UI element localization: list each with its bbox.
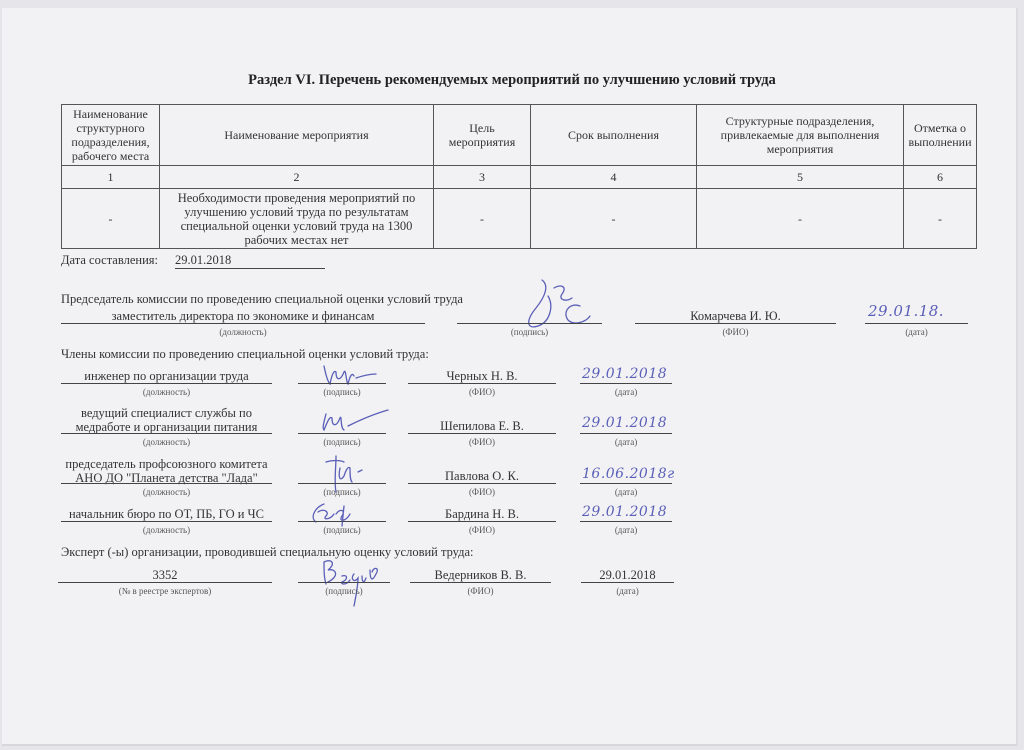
table-header-row: Наименование структурного подразделения,…: [62, 105, 977, 166]
date-caption: (дата): [580, 487, 672, 497]
expert-signature-line: [298, 582, 390, 583]
member-fio: Бардина Н. В.: [408, 507, 556, 521]
member-fio-line: [408, 521, 556, 522]
member-position: ведущий специалист службы по медработе и…: [61, 406, 272, 434]
header-cell: Структурные подразделения, привлекаемые …: [697, 105, 904, 166]
fio-caption: (ФИО): [635, 327, 836, 337]
fio-caption: (ФИО): [408, 437, 556, 447]
member-position: председатель профсоюзного комитета АНО Д…: [61, 457, 272, 485]
member-position: начальник бюро по ОТ, ПБ, ГО и ЧС: [61, 507, 272, 521]
expert-fio-line: [410, 582, 551, 583]
date-caption: (дата): [581, 586, 674, 596]
member-signature-line: [298, 483, 386, 484]
header-cell: Наименование мероприятия: [160, 105, 434, 166]
fio-caption: (ФИО): [408, 487, 556, 497]
chairman-date-line: [865, 323, 968, 324]
position-caption: (должность): [61, 387, 272, 397]
chairman-position: заместитель директора по экономике и фин…: [61, 309, 425, 323]
date-caption: (дата): [580, 387, 672, 397]
member-date-line: [580, 383, 672, 384]
member-signature-line: [298, 521, 386, 522]
compilation-date-value: 29.01.2018: [175, 253, 231, 267]
expert-date: 29.01.2018: [581, 568, 674, 582]
column-number: 2: [160, 166, 434, 189]
member-signature-line: [298, 383, 386, 384]
chairman-fio-line: [635, 323, 836, 324]
chairman-position-line: [61, 323, 425, 324]
member-fio: Павлова О. К.: [408, 469, 556, 483]
signature-caption: (подпись): [298, 437, 386, 447]
signature-caption: (подпись): [298, 525, 386, 535]
chairman-date-handwritten: 29.01.18.: [868, 302, 944, 320]
member-date-line: [580, 433, 672, 434]
table-cell: Необходимости проведения мероприятий по …: [160, 189, 434, 249]
position-caption: (должность): [61, 487, 272, 497]
table-cell: -: [531, 189, 697, 249]
compilation-date-label: Дата составления:: [61, 253, 158, 268]
expert-fio: Ведерников В. В.: [410, 568, 551, 582]
member-fio: Черных Н. В.: [408, 369, 556, 383]
member-fio-line: [408, 483, 556, 484]
column-number: 3: [434, 166, 531, 189]
member-date-line: [580, 521, 672, 522]
table-cell: -: [697, 189, 904, 249]
column-number-row: 1 2 3 4 5 6: [62, 166, 977, 189]
expert-signature: [318, 556, 388, 613]
expert-date-line: [581, 582, 674, 583]
date-caption: (дата): [580, 437, 672, 447]
members-heading: Члены комиссии по проведению специальной…: [61, 347, 429, 362]
member-position-line: [61, 483, 272, 484]
member-fio-line: [408, 383, 556, 384]
signature-caption: (подпись): [298, 387, 386, 397]
fio-caption: (ФИО): [408, 387, 556, 397]
header-cell: Срок выполнения: [531, 105, 697, 166]
column-number: 4: [531, 166, 697, 189]
header-cell: Цель мероприятия: [434, 105, 531, 166]
table-cell: -: [434, 189, 531, 249]
signature-caption: (подпись): [298, 586, 390, 596]
header-cell: Отметка о выполнении: [904, 105, 977, 166]
member-position-line: [61, 383, 272, 384]
member-position-line: [61, 521, 272, 522]
table-cell: -: [62, 189, 160, 249]
member-position: инженер по организации труда: [61, 369, 272, 383]
chairman-fio: Комарчева И. Ю.: [635, 309, 836, 323]
position-caption: (должность): [61, 525, 272, 535]
position-caption: (должность): [61, 327, 425, 337]
member-signature-line: [298, 433, 386, 434]
date-caption: (дата): [865, 327, 968, 337]
table-row: - Необходимости проведения мероприятий п…: [62, 189, 977, 249]
fio-caption: (ФИО): [408, 525, 556, 535]
member-signature: [318, 408, 390, 439]
position-caption: (должность): [61, 437, 272, 447]
date-caption: (дата): [580, 525, 672, 535]
member-date-handwritten: 16.06.2018г: [582, 466, 675, 482]
expert-registry-number: 3352: [58, 568, 272, 582]
table-cell: -: [904, 189, 977, 249]
signature-caption: (подпись): [298, 487, 386, 497]
signature-caption: (подпись): [457, 327, 602, 337]
member-date-handwritten: 29.01.2018: [582, 504, 667, 520]
column-number: 1: [62, 166, 160, 189]
chairman-signature-line: [457, 323, 602, 324]
header-cell: Наименование структурного подразделения,…: [62, 105, 160, 166]
expert-registry-line: [58, 582, 272, 583]
chairman-heading: Председатель комиссии по проведению спец…: [61, 292, 463, 307]
measures-table: Наименование структурного подразделения,…: [61, 104, 977, 249]
column-number: 5: [697, 166, 904, 189]
registry-caption: (№ в реестре экспертов): [58, 586, 272, 596]
member-date-handwritten: 29.01.2018: [582, 366, 667, 382]
fio-caption: (ФИО): [410, 586, 551, 596]
member-date-line: [580, 483, 672, 484]
column-number: 6: [904, 166, 977, 189]
member-fio-line: [408, 433, 556, 434]
member-fio: Шепилова Е. В.: [408, 419, 556, 433]
expert-heading: Эксперт (-ы) организации, проводившей сп…: [61, 545, 474, 560]
member-position-line: [61, 433, 272, 434]
section-title: Раздел VI. Перечень рекомендуемых меропр…: [0, 72, 1024, 89]
compilation-date-line: [175, 268, 325, 269]
member-date-handwritten: 29.01.2018: [582, 415, 667, 431]
